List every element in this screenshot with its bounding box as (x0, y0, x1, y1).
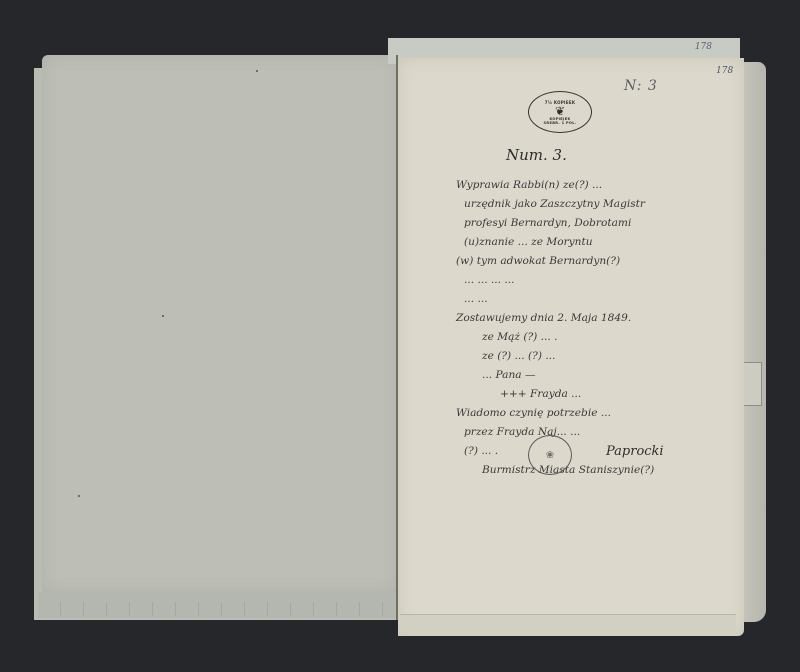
seal-emblem-icon: ❀ (546, 450, 554, 461)
text-line: Zostawujemy dnia 2. Maja 1849. (456, 309, 756, 328)
text-line: ... ... (456, 290, 756, 309)
text-line: Wiadomo czynię potrzebie ... (456, 404, 756, 423)
text-line: przez Frayda Naj... ... (456, 423, 756, 442)
tab-folio-number: 178 (695, 42, 712, 52)
book-spine (396, 55, 398, 620)
bottom-fold (400, 614, 736, 635)
text-line: (u)znanie ... ze Moryntu (456, 233, 756, 252)
text-line: ... Pana — (456, 366, 756, 385)
left-page-blank (42, 55, 398, 593)
text-line: ze (?) ... (?) ... (456, 347, 756, 366)
text-line: Burmistrz Miasta Staniszynie(?) (456, 461, 756, 480)
folio-number: 178 (716, 66, 733, 76)
tax-stamp: 7½ KOPIEEK ❦ KOPIEJEK SREBR. 1 POL. (528, 91, 592, 133)
signature: Paprocki (606, 444, 664, 459)
text-line: Wyprawia Rabbi(n) ze(?) ... (456, 176, 756, 195)
ruler-ticks (38, 602, 398, 616)
stamp-line3: SREBR. 1 POL. (544, 121, 577, 125)
document-title: Num. 3. (506, 146, 567, 164)
text-line: ze Mąż (?) ... . (456, 328, 756, 347)
document-scan: 178 178 N: 3 7½ KOPIEEK ❦ KOPIEJEK SREBR… (0, 0, 800, 672)
left-bottom-strip (38, 592, 398, 618)
text-line: profesyi Bernardyn, Dobrotami (456, 214, 756, 233)
reference-number: N: 3 (624, 78, 658, 94)
text-line: +++ Frayda ... (456, 385, 756, 404)
right-page: 178 N: 3 7½ KOPIEEK ❦ KOPIEJEK SREBR. 1 … (398, 58, 744, 636)
text-line: urzędnik jako Zaszczytny Magistr (456, 195, 756, 214)
text-line: ... ... ... ... (456, 271, 756, 290)
text-line: (w) tym adwokat Bernardyn(?) (456, 252, 756, 271)
eagle-icon: ❦ (555, 105, 565, 117)
official-seal: ❀ (528, 435, 572, 475)
handwritten-body: Wyprawia Rabbi(n) ze(?) ... urzędnik jak… (456, 176, 756, 480)
